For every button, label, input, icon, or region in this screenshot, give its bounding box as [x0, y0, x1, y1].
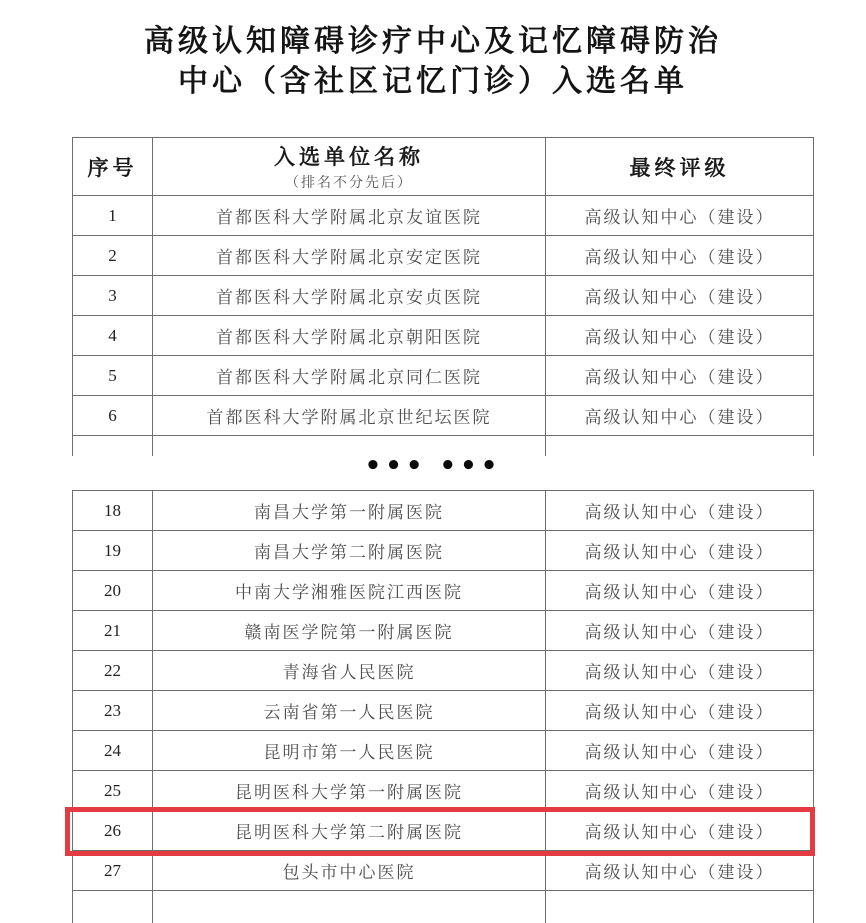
- table-row: 21赣南医学院第一附属医院高级认知中心（建设）: [73, 611, 814, 651]
- table-header-row: 序号 入选单位名称 （排名不分先后） 最终评级: [73, 138, 814, 196]
- hospital-name: 首都医科大学附属北京朝阳医院: [153, 316, 546, 356]
- hospital-name: 首都医科大学附属北京世纪坛医院: [153, 396, 546, 436]
- table-row: 5首都医科大学附属北京同仁医院高级认知中心（建设）: [73, 356, 814, 396]
- table-row: 20中南大学湘雅医院江西医院高级认知中心（建设）: [73, 571, 814, 611]
- hospital-name: 首都医科大学附属北京安定医院: [153, 236, 546, 276]
- page-title-line2: 中心（含社区记忆门诊）入选名单: [0, 62, 866, 102]
- hospital-name: 首都医科大学附属北京友谊医院: [153, 196, 546, 236]
- header-number-cell: 序号: [73, 138, 153, 196]
- final-rating: 高级认知中心（建设）: [546, 851, 814, 891]
- cutoff-cell: [546, 891, 814, 923]
- hospital-name: 首都医科大学附属北京安贞医院: [153, 276, 546, 316]
- row-number: 3: [73, 276, 153, 316]
- row-number: 24: [73, 731, 153, 771]
- table-row: 19南昌大学第二附属医院高级认知中心（建设）: [73, 531, 814, 571]
- final-rating: 高级认知中心（建设）: [546, 491, 814, 531]
- table-row: 27包头市中心医院高级认知中心（建设）: [73, 851, 814, 891]
- final-rating: 高级认知中心（建设）: [546, 236, 814, 276]
- hospital-name: 昆明医科大学第一附属医院: [153, 771, 546, 811]
- final-rating: 高级认知中心（建设）: [546, 611, 814, 651]
- final-rating: 高级认知中心（建设）: [546, 731, 814, 771]
- table-row: 25昆明医科大学第一附属医院高级认知中心（建设）: [73, 771, 814, 811]
- cutoff-cell: [153, 891, 546, 923]
- header-number-label: 序号: [88, 152, 138, 182]
- header-name-cell: 入选单位名称 （排名不分先后）: [153, 138, 546, 196]
- row-number: 5: [73, 356, 153, 396]
- row-number: 22: [73, 651, 153, 691]
- hospital-name: 首都医科大学附属北京同仁医院: [153, 356, 546, 396]
- table-row: 4首都医科大学附属北京朝阳医院高级认知中心（建设）: [73, 316, 814, 356]
- row-number: 26: [73, 811, 153, 851]
- hospital-name: 赣南医学院第一附属医院: [153, 611, 546, 651]
- hospital-name: 南昌大学第二附属医院: [153, 531, 546, 571]
- hospital-name: 包头市中心医院: [153, 851, 546, 891]
- header-name-label: 入选单位名称: [274, 141, 424, 171]
- table-row: 18南昌大学第一附属医院高级认知中心（建设）: [73, 491, 814, 531]
- row-number: 1: [73, 196, 153, 236]
- final-rating: 高级认知中心（建设）: [546, 771, 814, 811]
- header-name-note: （排名不分先后）: [285, 172, 413, 192]
- table-row: 6首都医科大学附属北京世纪坛医院高级认知中心（建设）: [73, 396, 814, 436]
- row-number: 27: [73, 851, 153, 891]
- table-body-top: 1首都医科大学附属北京友谊医院高级认知中心（建设）2首都医科大学附属北京安定医院…: [73, 196, 814, 436]
- hospital-name: 中南大学湘雅医院江西医院: [153, 571, 546, 611]
- hospital-name: 南昌大学第一附属医院: [153, 491, 546, 531]
- final-rating: 高级认知中心（建设）: [546, 396, 814, 436]
- table-row: 3首都医科大学附属北京安贞医院高级认知中心（建设）: [73, 276, 814, 316]
- final-rating: 高级认知中心（建设）: [546, 276, 814, 316]
- table-row: 26昆明医科大学第二附属医院高级认知中心（建设）: [73, 811, 814, 851]
- table-row: 2首都医科大学附属北京安定医院高级认知中心（建设）: [73, 236, 814, 276]
- selection-table-top: 序号 入选单位名称 （排名不分先后） 最终评级 1首都医科大学附属北京友谊医院高…: [72, 137, 814, 456]
- selection-table-bottom: 18南昌大学第一附属医院高级认知中心（建设）19南昌大学第二附属医院高级认知中心…: [72, 490, 814, 923]
- row-number: 6: [73, 396, 153, 436]
- hospital-name: 云南省第一人民医院: [153, 691, 546, 731]
- table-row: 22青海省人民医院高级认知中心（建设）: [73, 651, 814, 691]
- ellipsis-separator: ••• •••: [0, 451, 866, 481]
- final-rating: 高级认知中心（建设）: [546, 196, 814, 236]
- header-rating-label: 最终评级: [630, 152, 730, 182]
- hospital-name: 昆明医科大学第二附属医院: [153, 811, 546, 851]
- row-number: 25: [73, 771, 153, 811]
- row-number: 2: [73, 236, 153, 276]
- final-rating: 高级认知中心（建设）: [546, 316, 814, 356]
- final-rating: 高级认知中心（建设）: [546, 691, 814, 731]
- final-rating: 高级认知中心（建设）: [546, 531, 814, 571]
- header-rating-cell: 最终评级: [546, 138, 814, 196]
- hospital-name: 青海省人民医院: [153, 651, 546, 691]
- final-rating: 高级认知中心（建设）: [546, 651, 814, 691]
- table-row: 24昆明市第一人民医院高级认知中心（建设）: [73, 731, 814, 771]
- cutoff-row-bottom: [73, 891, 814, 923]
- table-body-bottom: 18南昌大学第一附属医院高级认知中心（建设）19南昌大学第二附属医院高级认知中心…: [73, 491, 814, 891]
- row-number: 18: [73, 491, 153, 531]
- table-row: 1首都医科大学附属北京友谊医院高级认知中心（建设）: [73, 196, 814, 236]
- cutoff-cell: [73, 891, 153, 923]
- row-number: 23: [73, 691, 153, 731]
- hospital-name: 昆明市第一人民医院: [153, 731, 546, 771]
- row-number: 20: [73, 571, 153, 611]
- final-rating: 高级认知中心（建设）: [546, 571, 814, 611]
- page-title-line1: 高级认知障碍诊疗中心及记忆障碍防治: [0, 22, 866, 62]
- final-rating: 高级认知中心（建设）: [546, 356, 814, 396]
- row-number: 4: [73, 316, 153, 356]
- row-number: 21: [73, 611, 153, 651]
- row-number: 19: [73, 531, 153, 571]
- table-row: 23云南省第一人民医院高级认知中心（建设）: [73, 691, 814, 731]
- final-rating: 高级认知中心（建设）: [546, 811, 814, 851]
- document-page: 高级认知障碍诊疗中心及记忆障碍防治 中心（含社区记忆门诊）入选名单 序号 入选单…: [0, 0, 866, 923]
- page-title: 高级认知障碍诊疗中心及记忆障碍防治 中心（含社区记忆门诊）入选名单: [0, 22, 866, 102]
